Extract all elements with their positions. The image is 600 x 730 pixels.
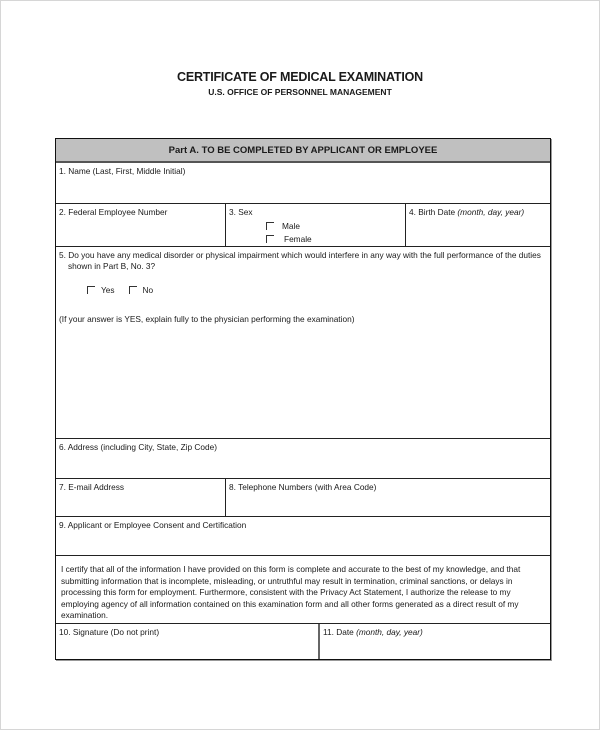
- address-label: 6. Address (including City, State, Zip C…: [59, 442, 547, 453]
- birth-date-label-text: 4. Birth Date: [409, 207, 457, 217]
- address-field[interactable]: 6. Address (including City, State, Zip C…: [56, 439, 550, 478]
- yes-no-options: Yes No: [87, 285, 547, 296]
- telephone-label: 8. Telephone Numbers (with Area Code): [229, 482, 547, 493]
- birth-date-field[interactable]: 4. Birth Date (month, day, year): [405, 204, 550, 246]
- row-certification: I certify that all of the information I …: [56, 555, 550, 623]
- signature-label: 10. Signature (Do not print): [59, 627, 315, 638]
- part-a-form: Part A. TO BE COMPLETED BY APPLICANT OR …: [55, 138, 551, 660]
- email-label: 7. E-mail Address: [59, 482, 222, 493]
- female-checkbox[interactable]: [266, 235, 274, 243]
- name-field[interactable]: 1. Name (Last, First, Middle Initial): [56, 163, 550, 203]
- row-medical-disorder: 5. Do you have any medical disorder or p…: [56, 246, 550, 438]
- no-label: No: [143, 285, 154, 296]
- birth-date-label: 4. Birth Date (month, day, year): [409, 207, 547, 218]
- row-employee-sex-birth: 2. Federal Employee Number 3. Sex Male F…: [56, 203, 550, 246]
- sex-option-female[interactable]: Female: [266, 234, 402, 245]
- name-label: 1. Name (Last, First, Middle Initial): [59, 166, 547, 177]
- date-field[interactable]: 11. Date (month, day, year): [319, 624, 550, 659]
- date-label-text: 11. Date: [323, 627, 356, 637]
- medical-explanation-area[interactable]: [59, 324, 547, 434]
- federal-employee-number-field[interactable]: 2. Federal Employee Number: [56, 204, 225, 246]
- document-title: CERTIFICATE OF MEDICAL EXAMINATION: [0, 70, 600, 84]
- yes-label: Yes: [101, 285, 115, 296]
- option-no[interactable]: No: [129, 285, 154, 296]
- email-field[interactable]: 7. E-mail Address: [56, 479, 225, 516]
- explain-note: (If your answer is YES, explain fully to…: [59, 314, 547, 325]
- medical-disorder-question-cont: shown in Part B, No. 3?: [59, 261, 547, 272]
- date-hint: (month, day, year): [356, 627, 423, 637]
- yes-checkbox[interactable]: [87, 286, 95, 294]
- federal-employee-number-label: 2. Federal Employee Number: [59, 207, 222, 218]
- female-label: Female: [284, 234, 312, 245]
- signature-field[interactable]: 10. Signature (Do not print): [56, 624, 319, 659]
- sex-field: 3. Sex Male Female: [225, 204, 405, 246]
- row-consent-label: 9. Applicant or Employee Consent and Cer…: [56, 516, 550, 555]
- consent-label: 9. Applicant or Employee Consent and Cer…: [59, 520, 547, 531]
- medical-disorder-question: 5. Do you have any medical disorder or p…: [59, 250, 547, 261]
- row-address: 6. Address (including City, State, Zip C…: [56, 438, 550, 478]
- row-email-phone: 7. E-mail Address 8. Telephone Numbers (…: [56, 478, 550, 516]
- document-subtitle: U.S. OFFICE OF PERSONNEL MANAGEMENT: [0, 87, 600, 97]
- date-label: 11. Date (month, day, year): [323, 627, 547, 638]
- male-checkbox[interactable]: [266, 222, 274, 230]
- row-name: 1. Name (Last, First, Middle Initial): [56, 163, 550, 203]
- birth-date-hint: (month, day, year): [457, 207, 524, 217]
- telephone-field[interactable]: 8. Telephone Numbers (with Area Code): [225, 479, 550, 516]
- row-signature-date: 10. Signature (Do not print) 11. Date (m…: [56, 623, 550, 659]
- male-label: Male: [282, 221, 300, 232]
- part-a-header: Part A. TO BE COMPLETED BY APPLICANT OR …: [56, 139, 550, 163]
- sex-option-male[interactable]: Male: [266, 221, 402, 232]
- option-yes[interactable]: Yes: [87, 285, 115, 296]
- sex-label: 3. Sex: [229, 207, 402, 218]
- no-checkbox[interactable]: [129, 286, 137, 294]
- medical-disorder-field: 5. Do you have any medical disorder or p…: [56, 247, 550, 438]
- consent-section: 9. Applicant or Employee Consent and Cer…: [56, 517, 550, 555]
- certification-text: I certify that all of the information I …: [56, 556, 550, 623]
